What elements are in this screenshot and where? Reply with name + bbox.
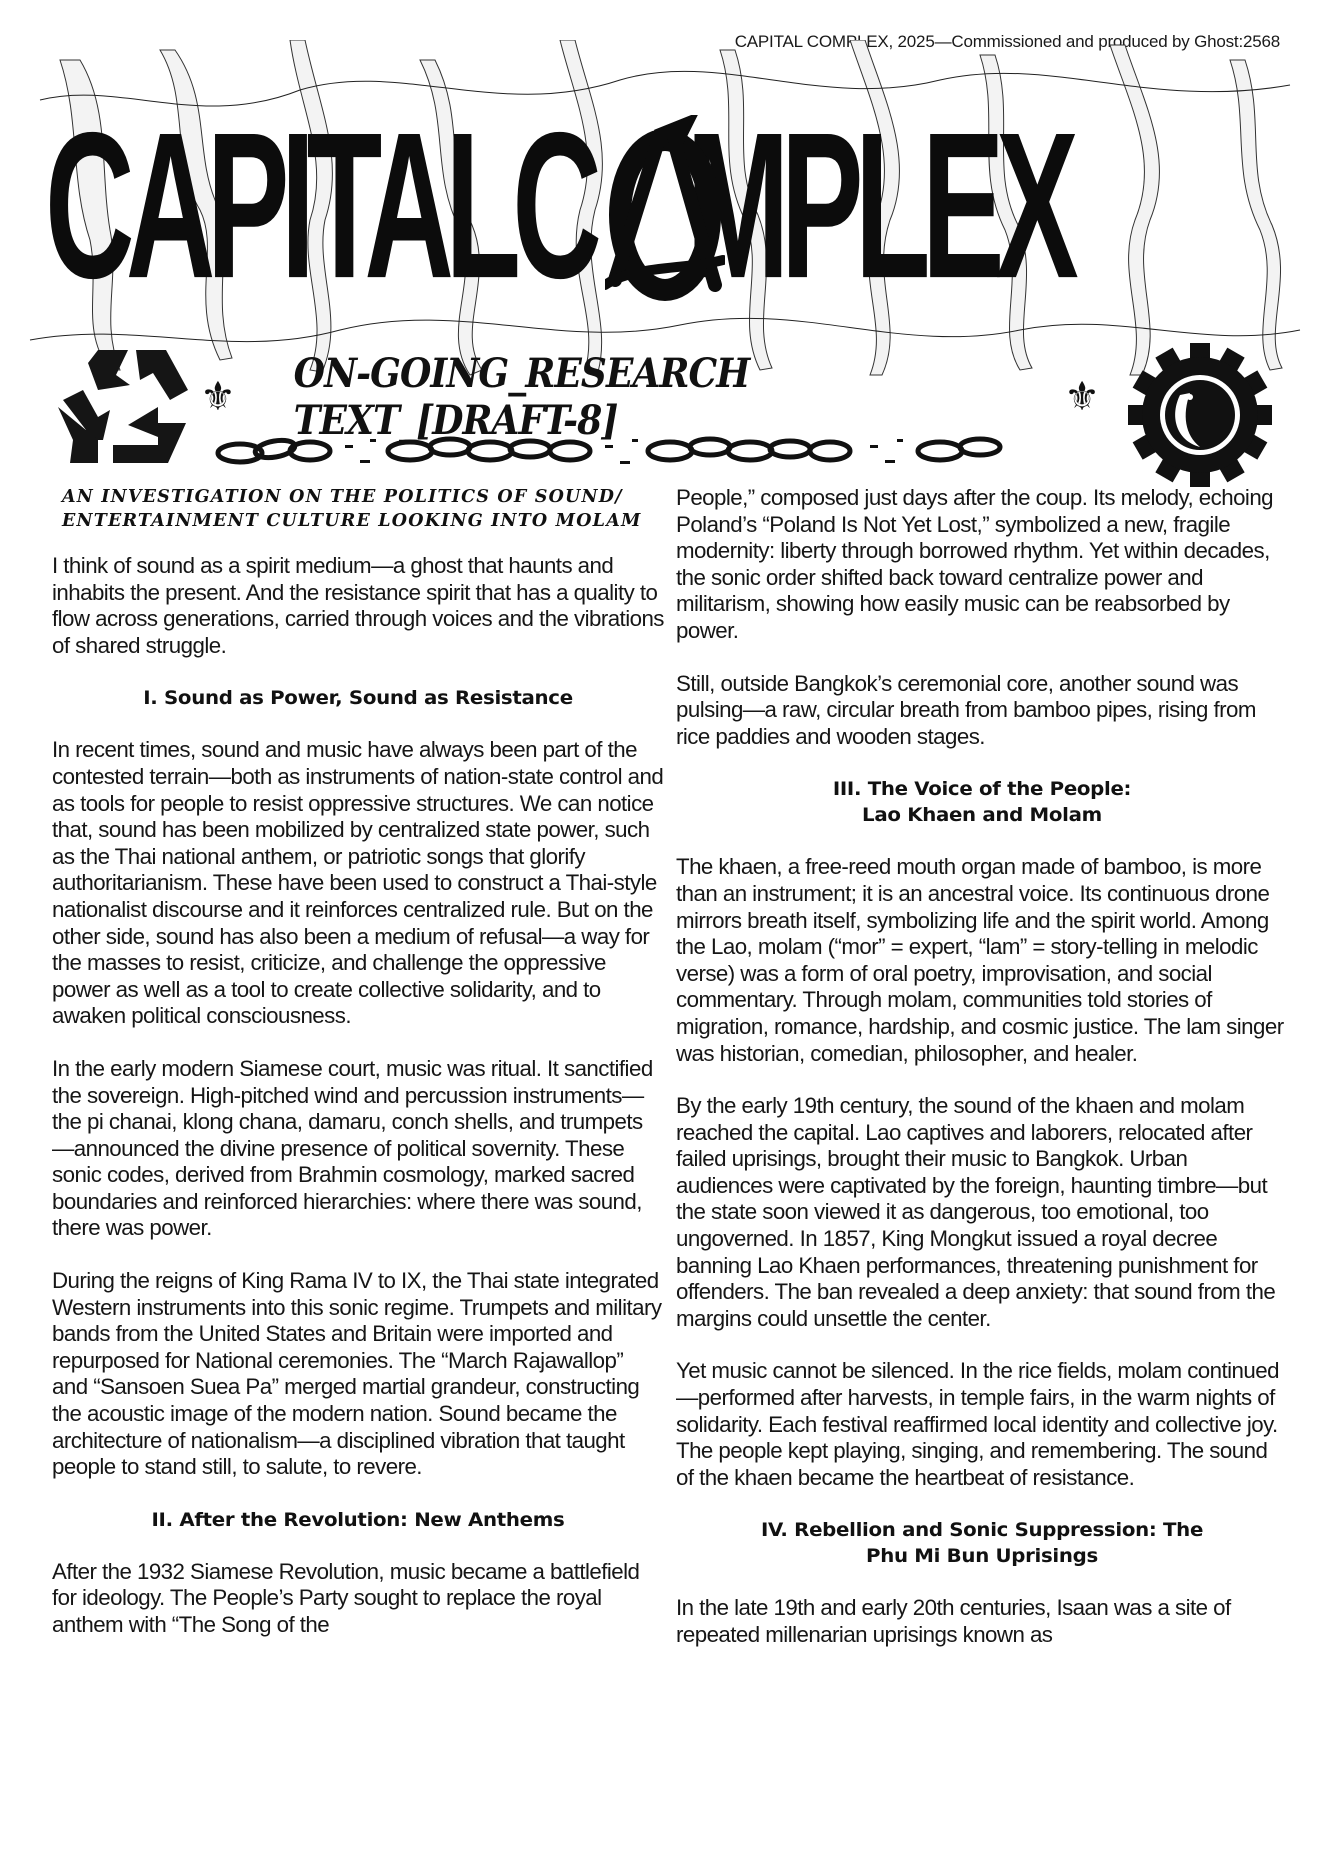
body-paragraph: The khaen, a free-reed mouth organ made … <box>676 854 1288 1067</box>
left-column: An investigation on the politics of soun… <box>52 485 664 1665</box>
body-paragraph: People,” composed just days after the co… <box>676 485 1288 645</box>
gear-mouse-icon <box>1125 340 1275 490</box>
broken-chain-divider-icon <box>200 425 1040 475</box>
right-column: People,” composed just days after the co… <box>676 485 1288 1675</box>
masthead-right: MPLEX <box>686 90 1070 322</box>
section-heading: IV. Rebellion and Sonic Suppression: The… <box>664 1517 1300 1569</box>
body-paragraph: During the reigns of King Rama IV to IX,… <box>52 1268 664 1481</box>
fleur-de-lis-icon: ⚜ <box>1064 377 1100 417</box>
section-heading: II. After the Revolution: New Anthems <box>40 1507 676 1533</box>
body-paragraph: In the early modern Siamese court, music… <box>52 1056 664 1242</box>
fleur-de-lis-icon: ⚜ <box>200 377 236 417</box>
section-heading-line: IV. Rebellion and Sonic Suppression: The <box>761 1519 1203 1541</box>
section-heading-line: III. The Voice of the People: <box>833 778 1131 800</box>
body-paragraph: By the early 19th century, the sound of … <box>676 1093 1288 1332</box>
anarchy-o-emblem-icon <box>605 115 725 315</box>
recycle-icon <box>58 345 193 470</box>
intro-paragraph: I think of sound as a spirit medium—a gh… <box>52 553 664 659</box>
article-deck: An investigation on the politics of soun… <box>62 485 664 533</box>
masthead-left: CAPITALC <box>45 90 593 322</box>
subtitle-row: ⚜ ON-GOING_RESEARCH TEXT_[DRAFT-8] ⚜ <box>200 362 1100 432</box>
section-heading: I. Sound as Power, Sound as Resistance <box>40 685 676 711</box>
body-paragraph: In recent times, sound and music have al… <box>52 737 664 1030</box>
section-heading-line: Phu Mi Bun Uprisings <box>866 1545 1098 1567</box>
body-paragraph: Yet music cannot be silenced. In the ric… <box>676 1358 1288 1491</box>
section-heading-line: Lao Khaen and Molam <box>862 804 1102 826</box>
section-heading: III. The Voice of the People:Lao Khaen a… <box>664 776 1300 828</box>
body-paragraph: After the 1932 Siamese Revolution, music… <box>52 1559 664 1639</box>
body-paragraph: In the late 19th and early 20th centurie… <box>676 1595 1288 1648</box>
body-paragraph: Still, outside Bangkok’s ceremonial core… <box>676 671 1288 751</box>
